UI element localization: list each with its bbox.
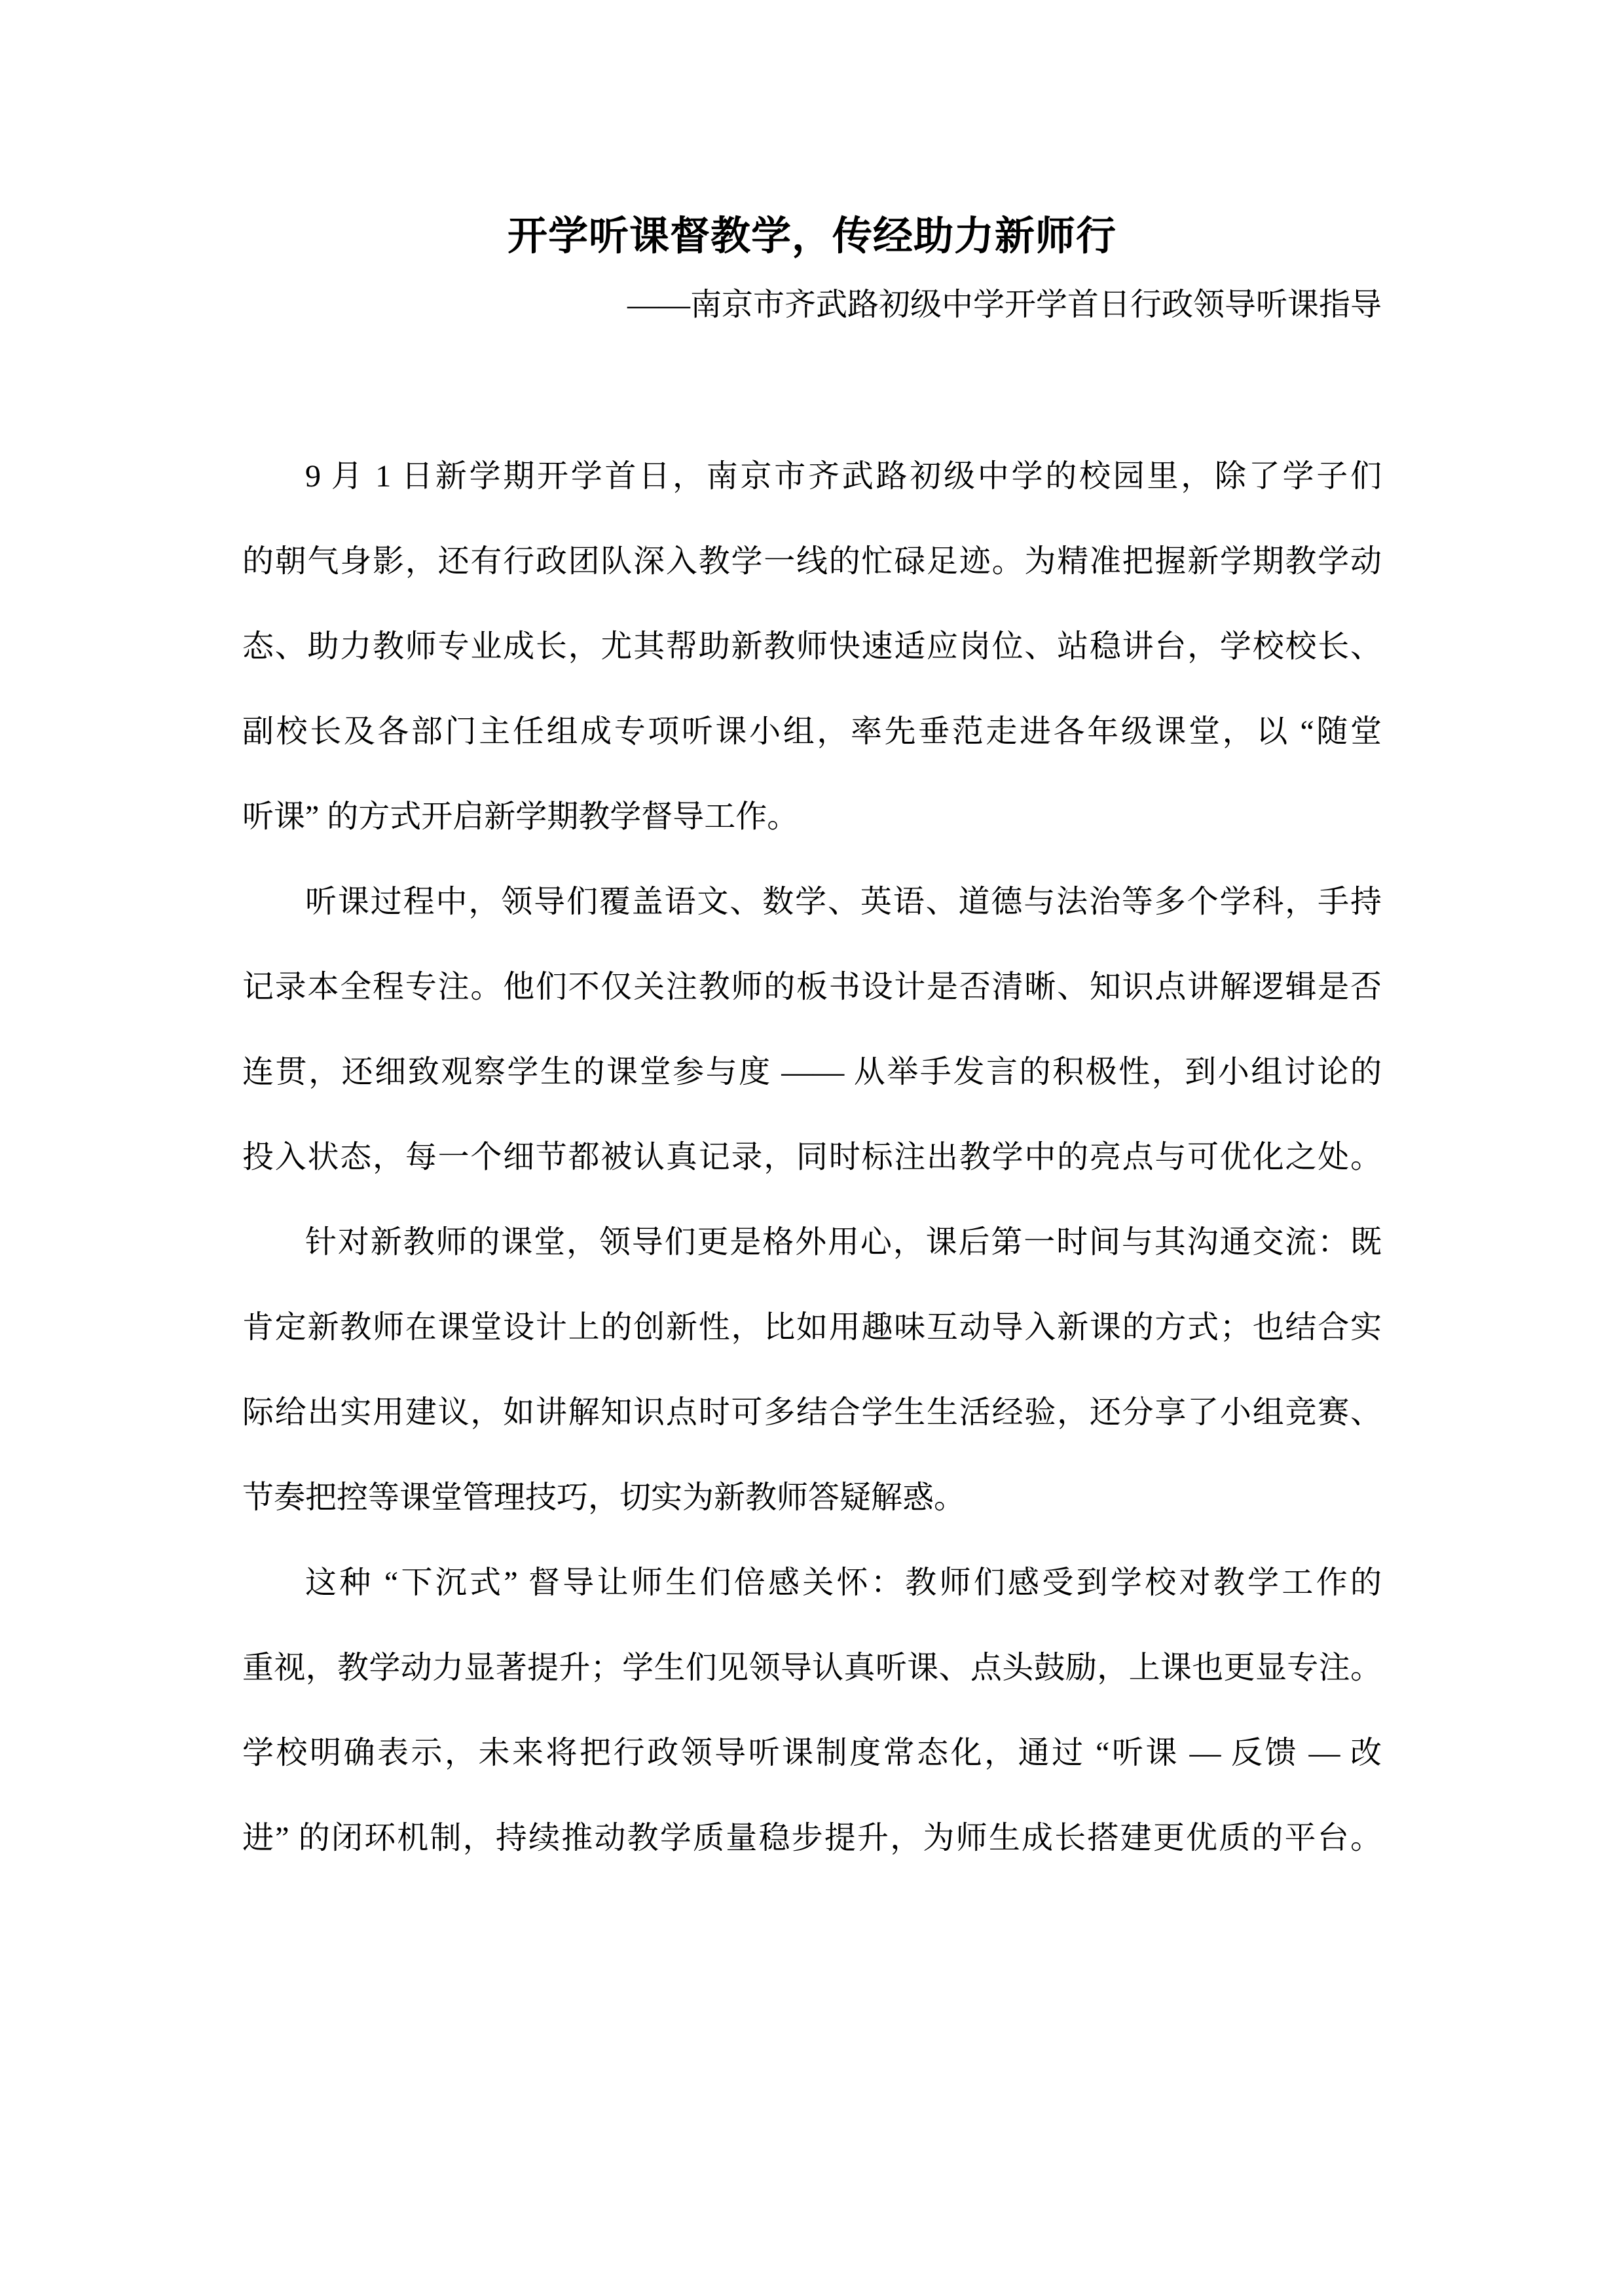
body-line: 这种 “下沉式” 督导让师生们倍感关怀：教师们感受到学校对教学工作的	[242, 1540, 1382, 1626]
document-body: 9 月 1 日新学期开学首日，南京市齐武路初级中学的校园里，除了学子们的朝气身影…	[242, 434, 1382, 1881]
document-subtitle: ——南京市齐武路初级中学开学首日行政领导听课指导	[242, 282, 1382, 329]
body-line: 的朝气身影，还有行政团队深入教学一线的忙碌足迹。为精准把握新学期教学动	[242, 519, 1382, 604]
body-line: 重视，教学动力显著提升；学生们见领导认真听课、点头鼓励，上课也更显专注。	[242, 1626, 1382, 1711]
body-line: 节奏把控等课堂管理技巧，切实为新教师答疑解惑。	[242, 1455, 1382, 1540]
body-line: 肯定新教师在课堂设计上的创新性，比如用趣味互动导入新课的方式；也结合实	[242, 1285, 1382, 1370]
body-line: 9 月 1 日新学期开学首日，南京市齐武路初级中学的校园里，除了学子们	[242, 434, 1382, 519]
body-line: 副校长及各部门主任组成专项听课小组，率先垂范走进各年级课堂，以 “随堂	[242, 689, 1382, 774]
body-line: 进” 的闭环机制，持续推动教学质量稳步提升，为师生成长搭建更优质的平台。	[242, 1796, 1382, 1881]
body-line: 听课过程中，领导们覆盖语文、数学、英语、道德与法治等多个学科，手持	[242, 860, 1382, 945]
document-page: 开学听课督教学，传经助力新师行 ——南京市齐武路初级中学开学首日行政领导听课指导…	[0, 0, 1624, 2296]
body-line: 际给出实用建议，如讲解知识点时可多结合学生生活经验，还分享了小组竞赛、	[242, 1370, 1382, 1455]
body-line: 投入状态，每一个细节都被认真记录，同时标注出教学中的亮点与可优化之处。	[242, 1115, 1382, 1200]
document-title: 开学听课督教学，传经助力新师行	[242, 211, 1382, 263]
body-line: 态、助力教师专业成长，尤其帮助新教师快速适应岗位、站稳讲台，学校校长、	[242, 604, 1382, 689]
body-line: 记录本全程专注。他们不仅关注教师的板书设计是否清晰、知识点讲解逻辑是否	[242, 945, 1382, 1030]
body-line: 针对新教师的课堂，领导们更是格外用心，课后第一时间与其沟通交流：既	[242, 1200, 1382, 1285]
body-line: 学校明确表示，未来将把行政领导听课制度常态化，通过 “听课 — 反馈 — 改	[242, 1711, 1382, 1796]
body-line: 听课” 的方式开启新学期教学督导工作。	[242, 774, 1382, 860]
body-line: 连贯，还细致观察学生的课堂参与度 —— 从举手发言的积极性，到小组讨论的	[242, 1030, 1382, 1115]
